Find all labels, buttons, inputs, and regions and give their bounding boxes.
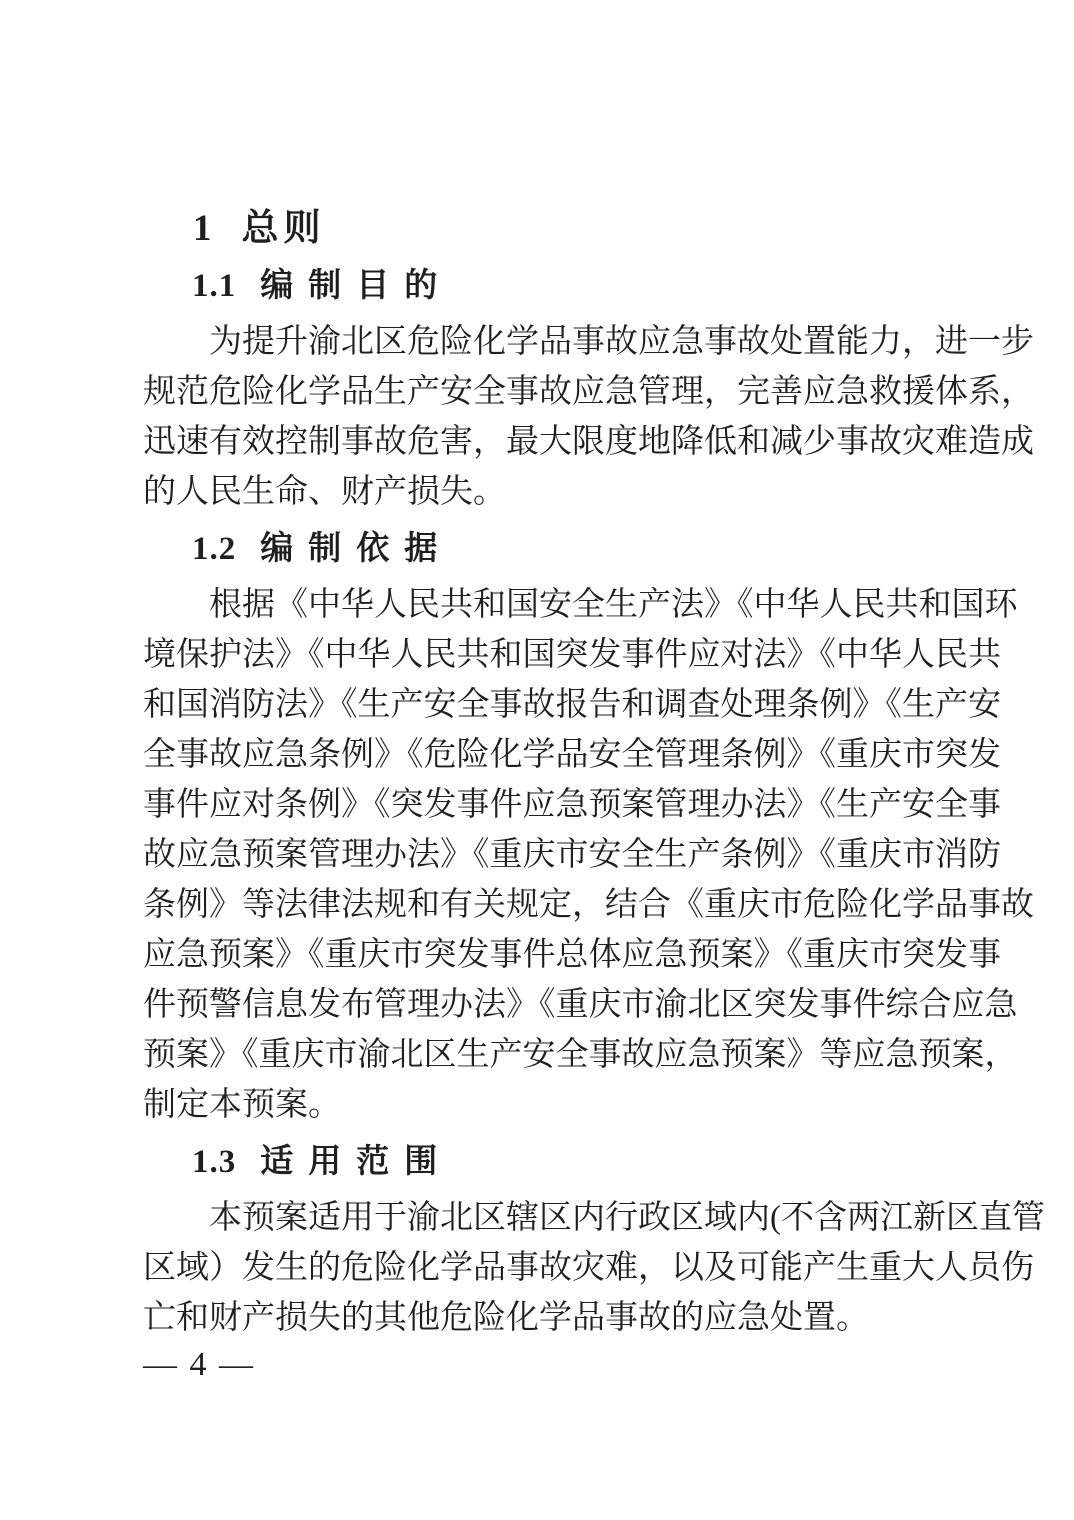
document-content: 1总则 1.1编制目的 为提升渝北区危险化学品事故应急事故处置能力，进一步 规范… <box>143 202 937 1385</box>
text-line: 预案》《重庆市渝北区生产安全事故应急预案》等应急预案， <box>143 1030 937 1080</box>
section-1-1: 1.1编制目的 为提升渝北区危险化学品事故应急事故处置能力，进一步 规范危险化学… <box>143 261 937 517</box>
section-1-3: 1.3适用范围 本预案适用于渝北区辖区内行政区域内(不含两江新区直管 区域）发生… <box>143 1137 937 1343</box>
text-line: 区域）发生的危险化学品事故灾难，以及可能产生重大人员伤 <box>143 1243 937 1293</box>
paragraph: 为提升渝北区危险化学品事故应急事故处置能力，进一步 规范危险化学品生产安全事故应… <box>143 317 937 517</box>
text-line: 的人民生命、财产损失。 <box>143 467 937 517</box>
document-page: 1总则 1.1编制目的 为提升渝北区危险化学品事故应急事故处置能力，进一步 规范… <box>0 0 1074 1520</box>
text-line: 制定本预案。 <box>143 1080 937 1130</box>
chapter-title: 总则 <box>242 207 326 248</box>
section-title-text: 编制依据 <box>260 531 452 567</box>
section-title-text: 编制目的 <box>260 268 452 304</box>
text-line: 规范危险化学品生产安全事故应急管理，完善应急救援体系， <box>143 367 937 417</box>
section-heading-1-3: 1.3适用范围 <box>143 1137 937 1188</box>
section-number: 1.3 <box>192 1137 236 1188</box>
text-line: 本预案适用于渝北区辖区内行政区域内(不含两江新区直管 <box>143 1193 937 1243</box>
chapter-heading: 1总则 <box>143 202 937 254</box>
section-number: 1.2 <box>192 524 236 575</box>
section-heading-1-1: 1.1编制目的 <box>143 261 937 312</box>
text-line: 和国消防法》《生产安全事故报告和调查处理条例》《生产安 <box>143 680 937 730</box>
section-number: 1.1 <box>192 261 236 312</box>
chapter-number: 1 <box>193 203 212 254</box>
text-line: 应急预案》《重庆市突发事件总体应急预案》《重庆市突发事 <box>143 930 937 980</box>
text-line: 全事故应急条例》《危险化学品安全管理条例》《重庆市突发 <box>143 730 937 780</box>
text-line: 境保护法》《中华人民共和国突发事件应对法》《中华人民共 <box>143 630 937 680</box>
text-line: 亡和财产损失的其他危险化学品事故的应急处置。 <box>143 1293 937 1343</box>
paragraph: 根据《中华人民共和国安全生产法》《中华人民共和国环 境保护法》《中华人民共和国突… <box>143 580 937 1130</box>
text-line: 条例》等法律法规和有关规定，结合《重庆市危险化学品事故 <box>143 880 937 930</box>
text-line: 件预警信息发布管理办法》《重庆市渝北区突发事件综合应急 <box>143 980 937 1030</box>
section-heading-1-2: 1.2编制依据 <box>143 524 937 575</box>
text-line: 故应急预案管理办法》《重庆市安全生产条例》《重庆市消防 <box>143 830 937 880</box>
section-title-text: 适用范围 <box>260 1144 452 1180</box>
section-1-2: 1.2编制依据 根据《中华人民共和国安全生产法》《中华人民共和国环 境保护法》《… <box>143 524 937 1130</box>
text-line: 迅速有效控制事故危害，最大限度地降低和减少事故灾难造成 <box>143 417 937 467</box>
paragraph: 本预案适用于渝北区辖区内行政区域内(不含两江新区直管 区域）发生的危险化学品事故… <box>143 1193 937 1343</box>
text-line: 根据《中华人民共和国安全生产法》《中华人民共和国环 <box>143 580 937 630</box>
text-line: 事件应对条例》《突发事件应急预案管理办法》《生产安全事 <box>143 780 937 830</box>
page-number: — 4 — <box>143 1345 937 1385</box>
text-line: 为提升渝北区危险化学品事故应急事故处置能力，进一步 <box>143 317 937 367</box>
